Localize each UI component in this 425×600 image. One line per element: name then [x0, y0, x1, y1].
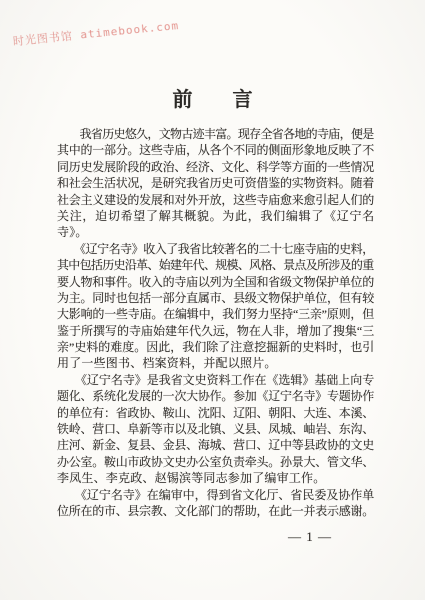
text-line: 题化、系统化发展的一次大协作。参加《辽宁名寺》专题协作 — [57, 388, 373, 404]
text-line: 的单位有：省政协、鞍山、沈阳、辽阳、朝阳、大连、本溪、 — [57, 405, 373, 421]
page-title: 前 言 — [0, 83, 425, 112]
text-line: 《辽宁名寺》在编审中，得到省文化厅、省民委及协作单 — [57, 487, 373, 503]
text-line: 要人物和事件。收入的寺庙以列为全国和省级文物保护单位的 — [57, 274, 373, 290]
text-line: 社会主义建设的发展和对外开放，这些寺庙愈来愈引起人们的 — [57, 192, 373, 208]
text-line: 用了一些图书、档案资料，并配以照片。 — [57, 355, 373, 371]
text-line: 我省历史悠久，文物古迹丰富。现存全省各地的寺庙，便是 — [57, 126, 373, 142]
text-line: 其中包括历史沿革、始建年代、规模、风格、景点及所涉及的重 — [57, 257, 373, 273]
scanned-book-page: 时光图书馆 atimebook.com 前 言 我省历史悠久，文物古迹丰富。现存… — [0, 0, 425, 600]
library-watermark: 时光图书馆 atimebook.com — [12, 17, 179, 49]
text-line: 位所在的市、县宗教、文化部门的帮助，在此一并表示感谢。 — [57, 503, 373, 519]
text-line: 同历史发展阶段的政治、经济、文化、科学等方面的一些情况 — [57, 159, 373, 175]
text-line: 鉴于所撰写的寺庙始建年代久远，物在人非，增加了搜集“三 — [57, 323, 373, 339]
text-line: 办公室。鞍山市政协文史办公室负责牵头。孙景大、管文华、 — [57, 454, 373, 470]
text-line: 和社会生活状况，是研究我省历史可资借鉴的实物资料。随着 — [57, 175, 373, 191]
text-line: 《辽宁名寺》是我省文史资料工作在《选辑》基础上向专 — [57, 372, 373, 388]
text-line: 为主。同时也包括一部分直属市、县级文物保护单位，但有较 — [57, 290, 373, 306]
text-line: 铁岭、营口、阜新等市以及北镇、义县、凤城、岫岩、东沟、 — [57, 421, 373, 437]
text-line: 寺》。 — [57, 224, 373, 240]
body-text: 我省历史悠久，文物古迹丰富。现存全省各地的寺庙，便是其中的一部分。这些寺庙，从各… — [57, 126, 373, 519]
text-line: 其中的一部分。这些寺庙，从各个不同的侧面形象地反映了不 — [57, 142, 373, 158]
text-line: 庄河、新金、复县、金县、海城、营口、辽中等县政协的文史 — [57, 437, 373, 453]
page-number: — 1 — — [288, 529, 332, 545]
text-line: 亲”史料的难度。因此，我们除了注意挖掘新的史料时，也引 — [57, 339, 373, 355]
text-line: 关注，迫切希望了解其概貌。为此，我们编辑了《辽宁名 — [57, 208, 373, 224]
text-line: 大影响的一些寺庙。在编辑中，我们努力坚持“三亲”原则，但 — [57, 306, 373, 322]
text-line: 李凤生、李克政、赵锡滨等同志参加了编审工作。 — [57, 470, 373, 486]
text-line: 《辽宁名寺》收入了我省比较著名的二十七座寺庙的史料， — [57, 241, 373, 257]
